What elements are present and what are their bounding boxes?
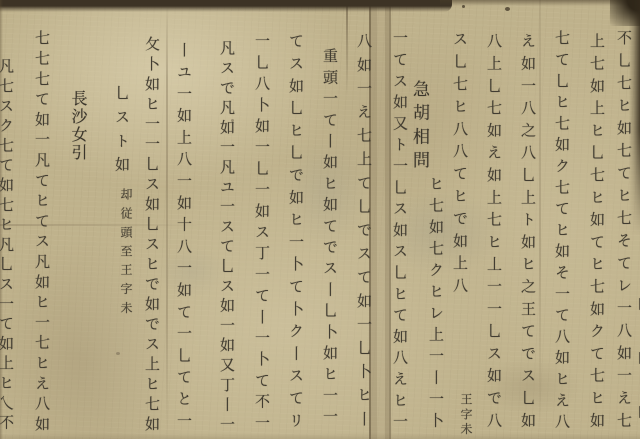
section-end-marker: 王字未 [452,393,472,437]
repeat-instruction: 却従頭至王字未 [112,188,132,320]
paper-crease-vertical [346,0,348,95]
notation-column: 一乚八卜如一乚一如ス丁一て丨一卜て不一 [249,33,269,436]
notation-column: 凡スで凡如一凡ユ一スて乚ス如一如又丁丨一 [214,40,234,436]
manuscript-photo: 口丶口丶口不乚七ヒ如七てヒ七そてレ一八如一え七上七如上ヒ乚七ヒ如てヒ七如クて七ヒ… [0,0,640,439]
notation-column: 不乚七ヒ如七てヒ七そてレ一八如一え七 [611,30,631,435]
notation-column: 一てス如又ト一乚ス如ス乚ヒて如八えヒ一 [387,30,407,435]
notation-column: 攵卜如ヒ一一乚ス如乚スヒで如でス上ヒ七如 [139,36,159,436]
notation-column: 八上乚七如え如上七ヒ丄一一乚ス如で八 [481,33,501,434]
ink-speck [462,5,465,8]
notation-column: 乚スト如 [109,85,129,180]
notation-column: え如一八之八乚上ト如ヒ之王てでス乚如 [515,33,535,434]
notation-column: 丨ユ一如上八一如十八一如て一乚てと一 [171,42,191,434]
notation-column: 七て乚ヒ七如ク七てヒ如そ一て八如ヒえ八 [549,30,569,435]
darkened-top-edge [0,0,452,12]
notation-column: 七七七て如一凡てヒてス凡如ヒ一七ヒえ八如 [29,30,49,436]
edge-column-partial: 凡七スク七て如七ヒ凡乚ス一て如上ヒ乀不 [0,58,13,434]
notation-column: 上七如上ヒ乚七ヒ如てヒ七如クて七ヒ如 [584,33,604,434]
paper-crease-vertical [166,0,168,439]
notation-column: 八如一え七上て乚でスて如一乚卜ヒ丨 [351,33,371,434]
ink-speck [116,352,120,355]
piece-title-right: 急胡相問 [407,80,427,175]
ink-speck [505,7,510,11]
repeat-marker-column: 重頭一て丨如ヒ如てでス丨乚卜如ヒ一一 [317,48,337,430]
notation-column: てス如乚ヒ乚で如ヒ一卜て卜ク丨スてリ [283,33,303,434]
notation-column: ス乚七ヒ八八てヒで如上八 [447,31,467,300]
paper-bottom-shade [0,433,640,439]
paper-crease-vertical [539,0,541,439]
piece-title-left: 長沙女引 [66,90,86,162]
notation-column: ヒ七如七クヒレ上一丨一卜 [423,176,443,434]
